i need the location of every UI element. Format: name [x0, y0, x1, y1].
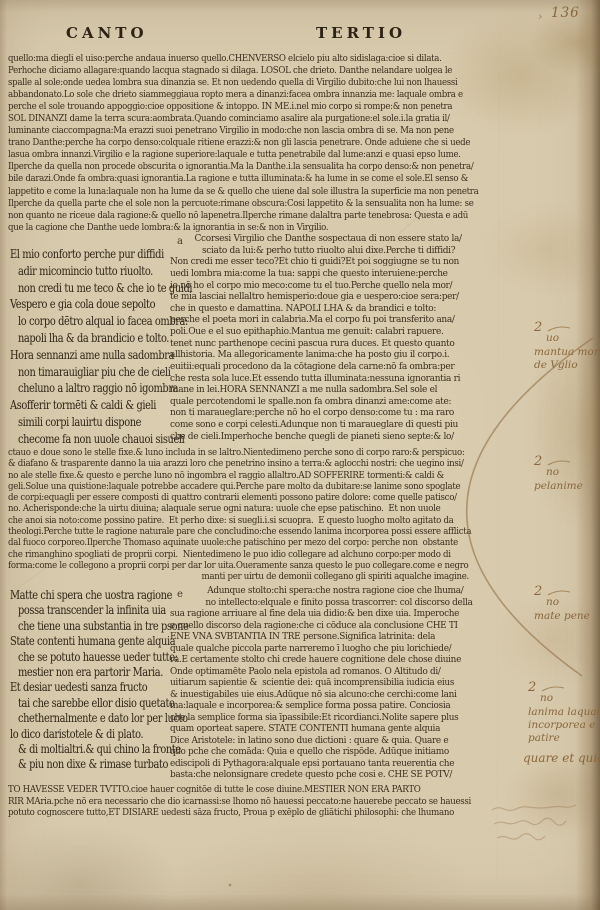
text-line: chethernalmente e dato lor per lucto	[10, 711, 188, 726]
corner-ink-mark: ›	[538, 10, 542, 23]
text-line: basta:che nelonsignare credete questo pc…	[170, 769, 473, 781]
commentary-column-2: Adunque stolto:chi spera:che nostra ragi…	[170, 585, 473, 781]
text-line: non ti maraueglare:perche nō ho el corpo…	[170, 407, 462, 419]
text-line: uedi lombra mia:come la tua: sappi che q…	[170, 268, 462, 280]
text-line: El mio conforto perche pur diffidi	[10, 246, 192, 263]
nota-word: uo	[534, 333, 600, 344]
text-line: non timarauigliar piu che de cieli	[10, 364, 192, 381]
text-line: che se potuto hauesse ueder tutto:	[10, 650, 188, 665]
text-line: que la cagione che Danthe uede lombra:& …	[8, 222, 478, 234]
text-line: che tiene una substantia in tre psone	[10, 619, 188, 634]
text-line: Dice Aristotele: in latino sono due dict…	[170, 735, 473, 747]
nota-word: no	[534, 597, 590, 608]
text-line: euitii:equali procedono da la cōtagione …	[170, 361, 462, 373]
margin-note-1: 2 uo mantua mortede Vglio	[534, 322, 600, 372]
text-line: geli.Solue una quistione:laquale potrebb…	[8, 481, 471, 492]
text-line: checome fa non uuole chauoi sisueli	[10, 431, 192, 448]
text-line: Et desiar uedesti sanza fructo	[10, 680, 188, 695]
text-line: Ccorsesi Virgilio che Danthe sospectaua …	[170, 233, 462, 245]
text-line: mate pene	[534, 610, 590, 623]
text-line: incorporea e pō	[528, 719, 600, 732]
text-line: che rimanghino spogliati de proprii corp…	[8, 549, 471, 560]
margin-note-lines: quare et quia	[523, 752, 600, 765]
text-line: lo dico daristotele & di plato.	[10, 727, 188, 742]
text-line: ENE VNA SVBTANTIA IN TRE persone.Signifi…	[170, 631, 473, 643]
text-line: luminante ciaccompagna:Ma erazzi suoi pe…	[8, 125, 478, 137]
text-line: no intellecto:elquale e finito possa tra…	[170, 597, 473, 609]
text-line: sciato da lui:& perho tutto riuolto alui…	[170, 245, 462, 257]
text-line: Onde optimamēte Paolo nela epistola ad r…	[170, 666, 473, 678]
text-line: forma:come le collegono a proprii corpi …	[8, 560, 471, 571]
margin-note-lines: mate pene	[534, 610, 590, 623]
text-line: Perhoche diciamo allagare:quando lacqua …	[8, 65, 478, 77]
text-line: ra.E certamente stolto chi crede hauere …	[170, 654, 473, 666]
text-line: quale percotendomi le spalle.non fa ombr…	[170, 396, 462, 408]
ink-speck	[229, 884, 232, 887]
text-line: Matte chi spera che uostra ragione	[10, 588, 188, 603]
text-line: mantua morte	[534, 346, 600, 359]
text-line: e quello discorso dela ragione:che ci cō…	[170, 620, 473, 632]
text-line: no. Acherisponde:che la uirtu diuina; al…	[8, 503, 471, 514]
text-line: theologi.Perche tutte le ragione natural…	[8, 526, 471, 537]
gloss-middle-block: ctauo e doue sono le stelle fixe.& luno …	[8, 447, 471, 583]
text-line: abbandonato.Lo sole che drieto siammeggi…	[8, 89, 478, 101]
text-line: & di moltialtri.& qui chino la fronte	[10, 742, 188, 757]
margin-note-3: 2 no mate pene	[534, 586, 590, 623]
text-line: manti per uirtu de demonii collegano gli…	[8, 571, 471, 582]
commentary-column-1: Ccorsesi Virgilio che Danthe sospectaua …	[170, 233, 462, 442]
text-line: adir micomincio tutto riuolto.	[10, 263, 192, 280]
text-line: Hora sennanzi ame nulla sadombra	[10, 347, 192, 364]
text-line: che resta sola luce.Et essendo tutta ill…	[170, 373, 462, 385]
text-line: Vespero e gia cola doue sepolto	[10, 296, 192, 313]
margin-note-2: 2 no pelanime	[534, 456, 583, 493]
text-line: che in questo e damattina. NAPOLI LHA & …	[170, 303, 462, 315]
text-line: potuto cognoscere tutto,ET DISIARE uedes…	[8, 807, 471, 819]
text-line: quale qualche piccola parte narreremo ī …	[170, 643, 473, 655]
text-line: tai che sarebbe ellor disio quetato	[10, 696, 188, 711]
text-line: te mia lasciai nellaltro hemisperio:doue…	[170, 291, 462, 303]
text-line: tenet nunc parthenope cecini pascua rura…	[170, 338, 462, 350]
running-header-canto: CANTO	[66, 24, 148, 42]
text-line: che anoi sia noto:come possino patire. E…	[8, 515, 471, 526]
text-line: come sono e corpi celesti.Adunque non ti…	[170, 419, 462, 431]
nota-mark: 2	[534, 586, 590, 597]
text-line: lanima laquale	[528, 706, 600, 719]
verse-column-1: El mio conforto perche pur diffidiadir m…	[10, 246, 192, 448]
text-line: dal fuoco corporeo.Ilperche Thomaso aqui…	[8, 537, 471, 548]
text-line: SOL DINANZI dame la terra scura:aombrata…	[8, 113, 478, 125]
text-line: ma:laquale e incorporea:& semplice forma…	[170, 700, 473, 712]
faint-note-strokes	[492, 805, 576, 840]
text-line: quare et quia	[523, 752, 600, 765]
text-line: sua ragione arriuare al fine dela uia di…	[170, 608, 473, 620]
text-line: perche el sole trouando appoggio:cioe op…	[8, 101, 478, 113]
text-line: TO HAVESSE VEDER TVTTO.cioe hauer cognit…	[8, 784, 471, 796]
text-line: quello:ma diegli el uiso:perche andaua i…	[8, 53, 478, 65]
text-line: patire	[528, 732, 600, 745]
text-line: io nō ho el corpo mio meco:come tu el tu…	[170, 280, 462, 292]
text-line: bile darazi.Onde fa ombra:quasi ignorant…	[8, 173, 478, 185]
text-line: non credi tu me teco & che io te guidi	[10, 280, 192, 297]
text-line: quam oporteat sapere. STATE CONTENTI hum…	[170, 723, 473, 735]
text-line: qllo pche che comāda: Quia e quello che …	[170, 746, 473, 758]
text-line: & diafano & trasparente danno la uia ara…	[8, 458, 471, 469]
nota-word: no	[528, 693, 600, 704]
margin-note-5: quare et quia	[523, 752, 600, 765]
text-line: lo corpo dētro alqual io facea ombra:	[10, 313, 192, 330]
text-line: Ilperche da quella parte che el sole non…	[8, 198, 478, 210]
text-line: ctauo e doue sono le stelle fixe.& luno …	[8, 447, 471, 458]
text-line: uitiarum sapientie & scientie dei: quā i…	[170, 677, 473, 689]
running-header-tertio: TERTIO	[316, 24, 406, 42]
text-line: no ale stelle fixe.& questo e perche lun…	[8, 470, 471, 481]
text-line: che de cieli.Imperhoche benche quegli de…	[170, 431, 462, 443]
text-line: trano Danthe:perche ha corpo denso:colqu…	[8, 137, 478, 149]
text-line: & piu non dixe & rimase turbato	[10, 757, 188, 772]
text-line: che la semplice forma sia īpassibile:Et …	[170, 712, 473, 724]
text-line: & inuestigabiles uie eius.Adūque nō sia …	[170, 689, 473, 701]
nota-mark: 2	[528, 682, 600, 693]
text-line: possa transcender la infinita uia	[10, 603, 188, 618]
text-line: ediscipoli di Pythagora:alquale epsi por…	[170, 758, 473, 770]
text-line: mane in lei.HORA SENNANZI a me nulla sad…	[170, 384, 462, 396]
text-line: State contenti humana gente alquia	[10, 634, 188, 649]
margin-note-lines: mantua mortede Vglio	[534, 346, 600, 372]
text-line: mestier non era partorir Maria.	[10, 665, 188, 680]
nota-mark: 2	[534, 322, 600, 333]
text-line: lasua ombra innanzi.Virgilio e la ragion…	[8, 149, 478, 161]
text-line: spalle al sole:onde uedea lombra sua din…	[8, 77, 478, 89]
text-line: de Vglio	[534, 359, 600, 372]
text-line: RIR MAria.pche nō era necessario che dio…	[8, 796, 471, 808]
text-line: napoli lha & da brandicio e tolto.	[10, 330, 192, 347]
text-line: de corpi:equagli per essere composti di …	[8, 492, 471, 503]
text-line: lappetito e come la luna:laquale non ha …	[8, 186, 478, 198]
folio-number: 136	[551, 5, 580, 21]
text-line: simili corpi lauirtu dispone	[10, 414, 192, 431]
gloss-top-block: quello:ma diegli el uiso:perche andaua i…	[8, 53, 478, 234]
book-page-scan: CANTO TERTIO 136 › quello:ma diegli el u…	[0, 0, 600, 910]
text-line: Adunque stolto:chi spera:che nostra ragi…	[170, 585, 473, 597]
text-line: Ilperche da quella non procede obscurita…	[8, 161, 478, 173]
margin-note-4: 2 no lanima laqualeincorporea e pōpatire	[528, 682, 600, 745]
margin-note-lines: lanima laqualeincorporea e pōpatire	[528, 706, 600, 745]
gloss-bottom-block: TO HAVESSE VEDER TVTTO.cioe hauer cognit…	[8, 784, 471, 819]
text-line: Non credi me esser teco?Et chio ti guidi…	[170, 256, 462, 268]
text-line: pelanime	[534, 480, 583, 493]
verse-column-2: Matte chi spera che uostra ragionepossa …	[10, 588, 188, 773]
margin-arc	[467, 338, 593, 676]
margin-note-lines: pelanime	[534, 480, 583, 493]
text-line: perche el poeta mori in calabria.Ma el c…	[170, 314, 462, 326]
text-line: poli.Oue e el suo epithaphio.Mantua me g…	[170, 326, 462, 338]
text-line: non quanto ne riceue dala ragione:& quel…	[8, 210, 478, 222]
text-line: cheluno a laltro raggio nō igombra	[10, 380, 192, 397]
text-line: allhistoria. Ma allegoricamente lanima:c…	[170, 349, 462, 361]
text-line: Asofferir tormēti & caldi & gieli	[10, 397, 192, 414]
